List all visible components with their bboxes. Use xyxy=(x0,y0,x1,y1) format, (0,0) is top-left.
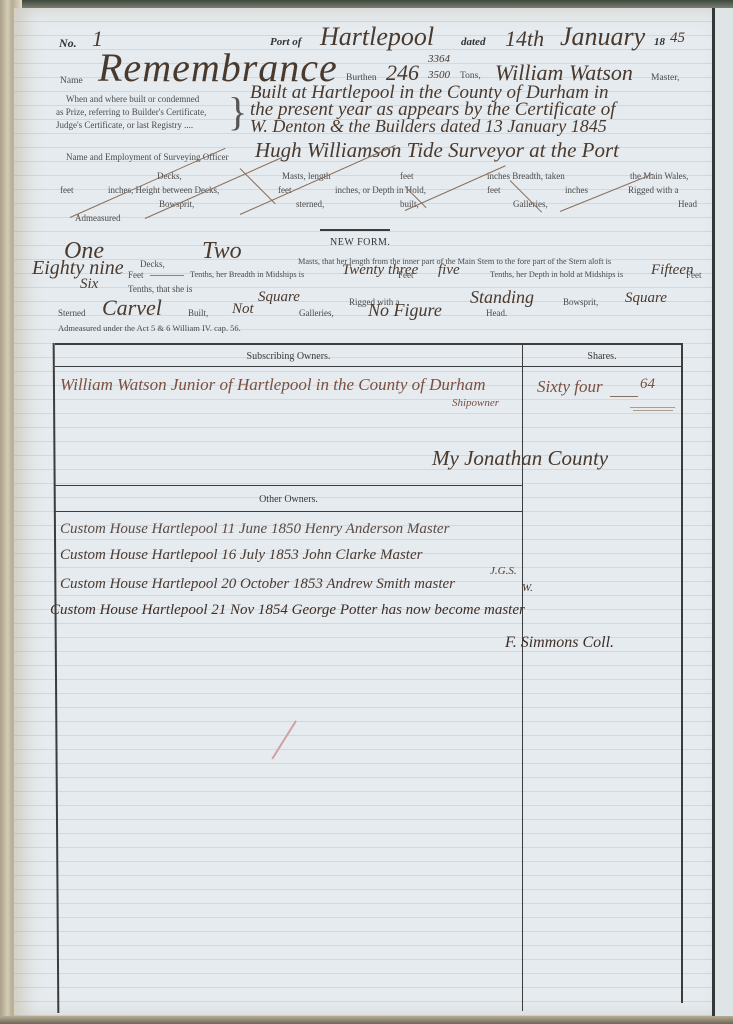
subscribing-owner-occupation: Shipowner xyxy=(452,397,499,409)
shares-entry: Sixty four xyxy=(537,377,603,397)
rigged-hand: Standing xyxy=(470,287,534,308)
tons-label: Tons, xyxy=(460,71,481,81)
feet-label-1: Feet xyxy=(128,270,144,280)
header-underline xyxy=(55,366,682,367)
length-hand: Eighty nine xyxy=(32,257,124,280)
number-label: No. xyxy=(59,36,77,51)
surveyor-value: Hugh Williamson Tide Surveyor at the Por… xyxy=(255,138,619,163)
dated-year-print: 18 xyxy=(654,36,665,48)
decks-label: Decks, xyxy=(140,259,165,269)
scan-bottom-edge xyxy=(0,1016,733,1024)
built-label-line-2: as Prize, referring to Builder's Certifi… xyxy=(56,107,206,117)
other-owner-entry: Custom House Hartlepool 21 Nov 1854 Geor… xyxy=(50,602,525,619)
shares-value: 64 xyxy=(640,376,655,393)
built-text-line-3: W. Denton & the Builders dated 13 Januar… xyxy=(250,116,607,137)
brace: } xyxy=(228,88,247,135)
burthen-fraction-bottom: 3500 xyxy=(428,69,450,81)
tenths-label-2: Tenths, her Depth in hold at Midships is xyxy=(490,270,623,279)
other-owners-header: Other Owners. xyxy=(55,494,522,505)
built-label-line-3: Judge's Certificate, or last Registry ..… xyxy=(56,120,193,130)
other-owner-entry: Custom House Hartlepool 11 June 1850 Hen… xyxy=(60,521,449,538)
other-owner-entry: Custom House Hartlepool 20 October 1853 … xyxy=(60,576,455,593)
old-form-feet-2: feet xyxy=(60,185,74,195)
square-hand: Square xyxy=(258,289,300,306)
table-top-border xyxy=(55,343,682,345)
sterned-label: Sterned xyxy=(58,308,86,318)
feet-label-2: Feet xyxy=(398,270,414,280)
margin-note-mark: W. xyxy=(522,582,533,594)
shares-header: Shares. xyxy=(522,351,682,362)
old-form-rigged: Rigged with a xyxy=(628,185,679,195)
margin-note-initials: J.G.S. xyxy=(490,565,517,577)
built-label-line-1: When and where built or condemned xyxy=(66,94,199,104)
sterned-hand: Carvel xyxy=(102,295,162,321)
other-owners-header-underline xyxy=(55,511,522,512)
old-form-head: Head xyxy=(678,199,697,209)
head-label: Head. xyxy=(486,308,507,318)
subscribing-owner-entry: William Watson Junior of Hartlepool in t… xyxy=(60,375,485,395)
other-owner-entry: Custom House Hartlepool 16 July 1853 Joh… xyxy=(60,547,422,564)
old-form-admeasured: Admeasured xyxy=(75,213,120,223)
bowsprit-hand: Square xyxy=(625,290,667,307)
shares-underline xyxy=(630,407,675,408)
subscribing-signature: My Jonathan County xyxy=(432,446,608,471)
galleries-label: Galleries, xyxy=(299,308,334,318)
old-form-inches: inches xyxy=(565,185,588,195)
table-column-divider xyxy=(522,343,523,1011)
breadth-tenths-hand: five xyxy=(438,262,460,279)
depth-tenths-hand: Six xyxy=(80,276,98,293)
divider xyxy=(320,229,390,231)
name-label: Name xyxy=(60,76,83,86)
old-form-feet-4: feet xyxy=(487,185,501,195)
burthen-fraction-top: 3364 xyxy=(428,53,450,65)
dash-line xyxy=(150,275,184,276)
other-owners-top-rule xyxy=(55,485,522,486)
feet-label-3: Feet xyxy=(686,270,702,280)
master-label: Master, xyxy=(651,73,679,83)
dated-label: dated xyxy=(461,36,485,48)
shares-dash xyxy=(610,396,638,397)
masts-hand: Two xyxy=(202,238,242,265)
other-owners-signature: F. Simmons Coll. xyxy=(505,634,614,652)
new-form-title: NEW FORM. xyxy=(330,237,390,248)
admeasured-label: Admeasured under the Act 5 & 6 William I… xyxy=(58,323,241,333)
old-form-breadth: inches Breadth, taken xyxy=(487,171,565,181)
subscribing-owners-header: Subscribing Owners. xyxy=(55,351,522,362)
dated-year-hand: 45 xyxy=(670,30,685,47)
shares-underline xyxy=(633,410,673,411)
old-form-sterned: sterned, xyxy=(296,199,324,209)
old-form-feet-1: feet xyxy=(400,171,414,181)
built-hand: Not xyxy=(232,301,254,318)
tenths-label-3: Tenths, that she is xyxy=(128,284,192,294)
built-label: Built, xyxy=(188,308,208,318)
bowsprit-label: Bowsprit, xyxy=(563,297,598,307)
galleries-hand: No Figure xyxy=(368,300,442,321)
tenths-label-1: Tenths, her Breadth in Midships is xyxy=(190,270,304,279)
dated-day: 14th xyxy=(505,26,544,52)
dated-month: January xyxy=(560,22,645,52)
facing-page-edge xyxy=(712,8,733,1020)
table-right-border xyxy=(681,343,683,1003)
